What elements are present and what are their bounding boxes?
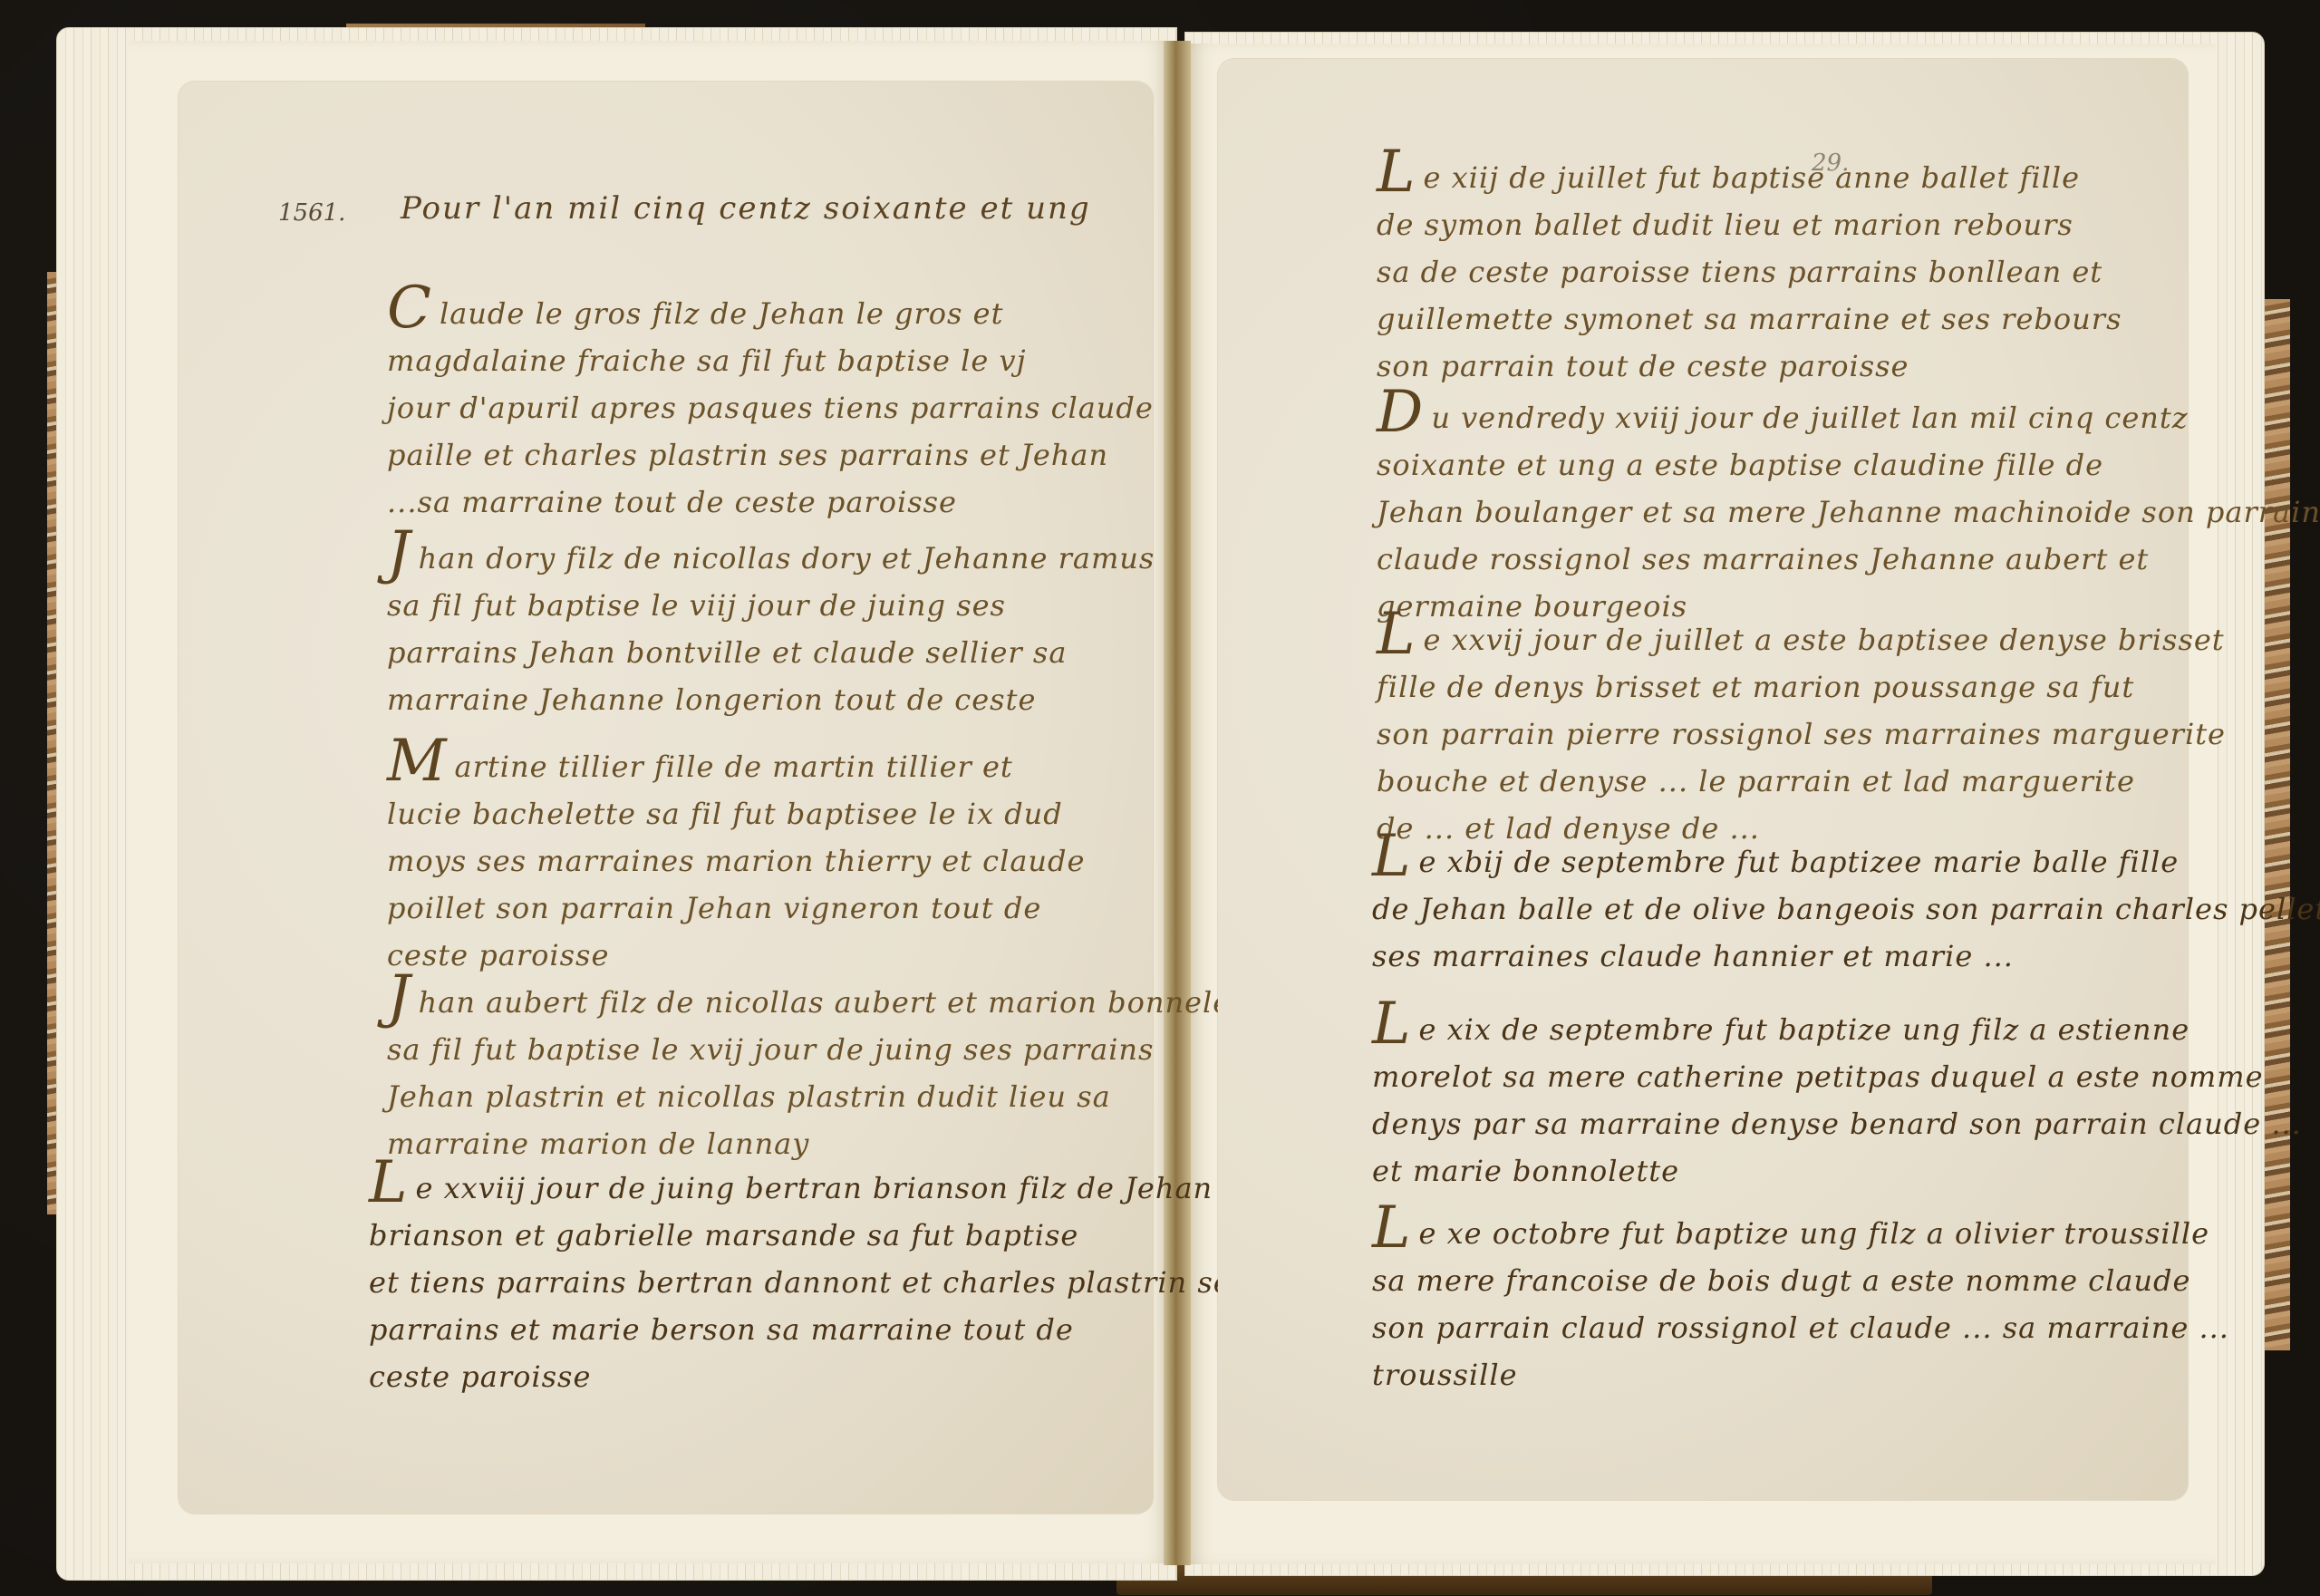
entry-line: e xxviij jour de juing bertran brianson … [369, 1165, 1247, 1212]
open-book: 1561. Pour l'an mil cinq centz soixante … [47, 27, 2290, 1581]
entry-line: et marie bonnolette [1372, 1147, 2302, 1195]
baptism-entry: J han aubert filz de nicollas aubert et … [387, 979, 1242, 1167]
entry-line: e xxvij jour de juillet a este baptisee … [1377, 616, 2226, 663]
entry-line: son parrain claud rossignol et claude ..… [1372, 1304, 2229, 1351]
entry-line: troussille [1372, 1351, 2229, 1398]
entry-initial: L [1372, 1006, 1412, 1042]
entry-initial: J [387, 535, 411, 571]
entry-line: ceste paroisse [387, 932, 1085, 979]
entry-line: magdalaine fraiche sa fil fut baptise le… [387, 337, 1154, 384]
entry-line: ...sa marraine tout de ceste paroisse [387, 479, 1154, 526]
entry-initial: D [1377, 394, 1424, 430]
entry-line: paille et charles plastrin ses parrains … [387, 431, 1154, 479]
entry-line: guillemette symonet sa marraine et ses r… [1377, 295, 2122, 343]
entry-line: parrains Jehan bontville et claude selli… [387, 629, 1124, 676]
manuscript-leaf-left: 1561. Pour l'an mil cinq centz soixante … [179, 82, 1153, 1514]
baptism-entry: J han dory filz de nicollas dory et Jeha… [387, 535, 1124, 723]
manuscript-leaf-right: 29. L e xiij de juillet fut baptise anne… [1218, 59, 2188, 1500]
entry-initial: M [387, 743, 448, 779]
entry-line: e xe octobre fut baptize ung filz a oliv… [1372, 1210, 2229, 1257]
entry-line: lucie bachelette sa fil fut baptisee le … [387, 790, 1085, 837]
baptism-entry: L e xix de septembre fut baptize ung fil… [1372, 1006, 2302, 1195]
entry-line: sa mere francoise de bois dugt a este no… [1372, 1257, 2229, 1304]
page-heading: Pour l'an mil cinq centz soixante et ung [401, 190, 1091, 227]
entry-line: e xbij de septembre fut baptizee marie b… [1372, 838, 2320, 885]
entry-line: jour d'apuril apres pasques tiens parrai… [387, 384, 1154, 431]
entry-line: marraine Jehanne longerion tout de ceste [387, 676, 1124, 723]
baptism-entry: D u vendredy xviij jour de juillet lan m… [1377, 394, 2320, 630]
entry-line: de Jehan balle et de olive bangeois son … [1372, 885, 2320, 933]
baptism-entry: C laude le gros filz de Jehan le gros et… [387, 290, 1154, 526]
entry-line: artine tillier fille de martin tillier e… [387, 743, 1085, 790]
entry-line: u vendredy xviij jour de juillet lan mil… [1377, 394, 2320, 441]
entry-line: laude le gros filz de Jehan le gros et [387, 290, 1154, 337]
entry-line: Jehan boulanger et sa mere Jehanne machi… [1377, 488, 2320, 536]
entry-line: ceste paroisse [369, 1353, 1247, 1400]
entry-line: han dory filz de nicollas dory et Jehann… [387, 535, 1124, 582]
entry-line: ses marraines claude hannier et marie ..… [1372, 933, 2320, 980]
entry-line: Jehan plastrin et nicollas plastrin dudi… [387, 1073, 1242, 1120]
baptism-entry: L e xbij de septembre fut baptizee marie… [1372, 838, 2320, 980]
entry-line: sa de ceste paroisse tiens parrains bonl… [1377, 248, 2122, 295]
entry-line: soixante et ung a este baptise claudine … [1377, 441, 2320, 488]
entry-line: brianson et gabrielle marsande sa fut ba… [369, 1212, 1247, 1259]
baptism-entry: L e xe octobre fut baptize ung filz a ol… [1372, 1210, 2229, 1398]
entry-initial: L [1377, 616, 1416, 653]
entry-line: claude rossignol ses marraines Jehanne a… [1377, 536, 2320, 583]
entry-initial: L [369, 1165, 409, 1201]
entry-line: et tiens parrains bertran dannont et cha… [369, 1259, 1247, 1306]
entry-line: marraine marion de lannay [387, 1120, 1242, 1167]
entry-line: e xix de septembre fut baptize ung filz … [1372, 1006, 2302, 1053]
entry-line: parrains et marie berson sa marraine tou… [369, 1306, 1247, 1353]
baptism-entry: M artine tillier fille de martin tillier… [387, 743, 1085, 979]
entry-line: son parrain pierre rossignol ses marrain… [1377, 711, 2226, 758]
entry-line: sa fil fut baptise le xvij jour de juing… [387, 1026, 1242, 1073]
entry-line: fille de denys brisset et marion poussan… [1377, 663, 2226, 711]
entry-line: han aubert filz de nicollas aubert et ma… [387, 979, 1242, 1026]
entry-line: poillet son parrain Jehan vigneron tout … [387, 885, 1085, 932]
entry-initial: L [1377, 154, 1416, 190]
baptism-entry: L e xxvij jour de juillet a este baptise… [1377, 616, 2226, 852]
entry-line: morelot sa mere catherine petitpas duque… [1372, 1053, 2302, 1100]
entry-line: sa fil fut baptise le viij jour de juing… [387, 582, 1124, 629]
entry-line: bouche et denyse ... le parrain et lad m… [1377, 758, 2226, 805]
entry-line: moys ses marraines marion thierry et cla… [387, 837, 1085, 885]
baptism-entry: L e xiij de juillet fut baptise anne bal… [1377, 154, 2122, 390]
entry-initial: C [387, 290, 432, 326]
entry-line: denys par sa marraine denyse benard son … [1372, 1100, 2302, 1147]
marginal-year: 1561. [278, 199, 345, 227]
entry-initial: L [1372, 1210, 1412, 1246]
baptism-entry: L e xxviij jour de juing bertran brianso… [369, 1165, 1247, 1400]
entry-line: de symon ballet dudit lieu et marion reb… [1377, 201, 2122, 248]
entry-line: e xiij de juillet fut baptise anne balle… [1377, 154, 2122, 201]
entry-initial: L [1372, 838, 1412, 875]
entry-line: son parrain tout de ceste paroisse [1377, 343, 2122, 390]
entry-initial: J [387, 979, 411, 1015]
